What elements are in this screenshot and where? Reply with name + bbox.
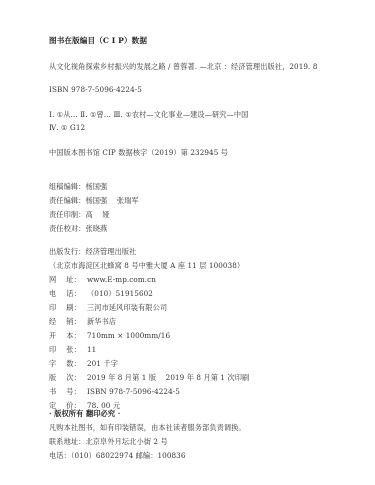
detail-value: （010）51915602: [87, 289, 153, 298]
editor-label: 责任编辑：: [49, 196, 85, 205]
editor-label: 责任印制：: [49, 210, 85, 219]
detail-value: 11: [87, 345, 96, 354]
editor-value: 高 娅: [85, 210, 109, 219]
detail-key: 经销：: [49, 317, 87, 326]
detail-row-format: 开本：710mm × 1000mm/16: [49, 331, 170, 340]
editor-row: 组稿编辑： 杨国强: [49, 182, 107, 191]
detail-row-phone: 电话：（010）51915602: [49, 289, 153, 298]
cip-entry: 从文化视角探索乡村振兴的发展之路 / 曾蓉著. —北京 ：经济管理出版社，201…: [49, 62, 318, 71]
editor-label: 组稿编辑：: [49, 182, 85, 191]
cip-classification-1: Ⅰ. ①从… Ⅱ. ①曾… Ⅲ. ①农村—文化事业—建设—研究—中国: [49, 110, 248, 119]
detail-value: ISBN 978-7-5096-4224-5: [87, 387, 180, 396]
detail-row-printer: 印刷：三河市延风印装有限公司: [49, 303, 167, 312]
copyright-page: 图书在版编目（C I P）数据 从文化视角探索乡村振兴的发展之路 / 曾蓉著. …: [0, 0, 375, 485]
cip-number: 中国版本图书馆 CIP 数据核字（2019）第 232945 号: [49, 148, 228, 157]
detail-key: 印刷：: [49, 303, 87, 312]
detail-row-sheets: 印张：11: [49, 345, 96, 354]
detail-key: 版次：: [49, 373, 87, 382]
detail-row-distributor: 经销：新华书店: [49, 317, 116, 326]
detail-value: 201 千字: [87, 359, 118, 368]
detail-value: 三河市延风印装有限公司: [87, 303, 167, 312]
detail-key: 开本：: [49, 331, 87, 340]
editor-value: 杨国强 张瑞军: [85, 196, 138, 205]
detail-row-wordcount: 字数：201 千字: [49, 359, 118, 368]
website-link[interactable]: www.E-mp.com.cn: [87, 275, 156, 284]
copyright-heading: · 版权所有 翻印必究 ·: [49, 409, 120, 418]
editor-value: 张晓燕: [85, 224, 107, 233]
publisher-address: （北京市海淀区北蜂窝 8 号中雅大厦 A 座 11 层 100038）: [49, 261, 244, 270]
copyright-notice: 凡购本社图书，如有印装错误，由本社读者服务部负责调换。: [49, 423, 246, 432]
copyright-contact: 电话：（010）68022974 邮编：100836: [49, 451, 186, 460]
detail-value: 2019 年 8 月第 1 版 2019 年 8 月第 1 次印刷: [87, 373, 249, 382]
cip-title: 图书在版编目（C I P）数据: [49, 36, 147, 45]
editor-value: 杨国强: [85, 182, 107, 191]
detail-row-isbn: 书号：ISBN 978-7-5096-4224-5: [49, 387, 180, 396]
detail-value: 新华书店: [87, 317, 116, 326]
detail-key: 书号：: [49, 387, 87, 396]
publisher-line: 出版发行：经济管理出版社: [49, 247, 136, 256]
detail-key: 电话：: [49, 289, 87, 298]
detail-row-edition: 版次：2019 年 8 月第 1 版 2019 年 8 月第 1 次印刷: [49, 373, 249, 382]
editor-row: 责任校对： 张晓燕: [49, 224, 107, 233]
editor-row: 责任编辑： 杨国强 张瑞军: [49, 196, 139, 205]
detail-key: 网址：: [49, 275, 87, 284]
detail-value: 710mm × 1000mm/16: [87, 331, 170, 340]
cip-classification-2: Ⅳ. ① G12: [49, 123, 85, 132]
copyright-address: 联系地址：北京阜外月坛北小街 2 号: [49, 437, 168, 446]
editor-label: 责任校对：: [49, 224, 85, 233]
detail-key: 字数：: [49, 359, 87, 368]
editor-row: 责任印制： 高 娅: [49, 210, 110, 219]
detail-row-website: 网址：www.E-mp.com.cn: [49, 275, 156, 284]
detail-key: 印张：: [49, 345, 87, 354]
cip-isbn: ISBN 978-7-5096-4224-5: [49, 85, 142, 94]
